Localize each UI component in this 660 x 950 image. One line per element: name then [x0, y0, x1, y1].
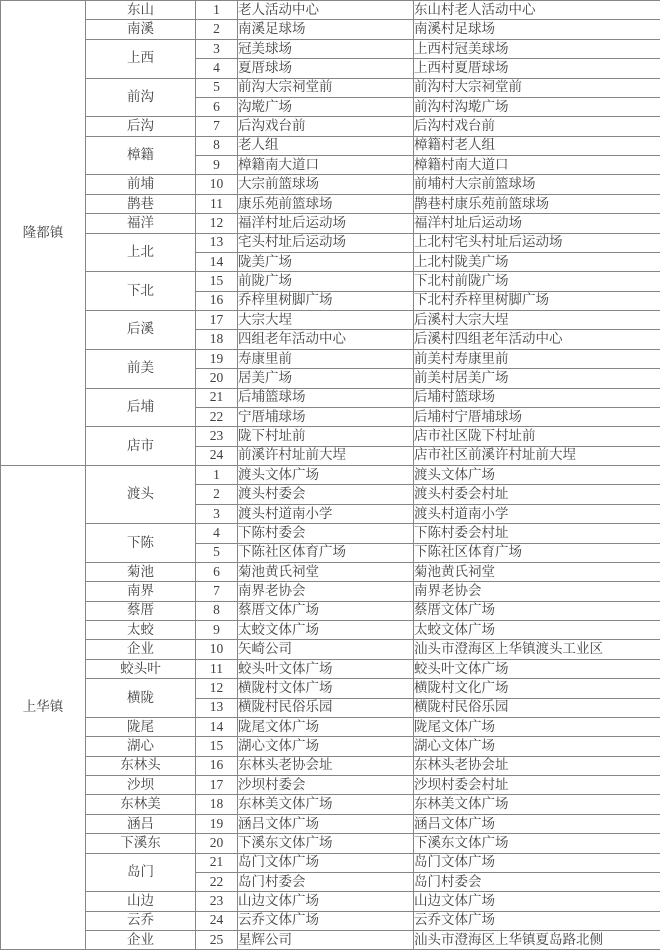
site-name-cell: 寿康里前 — [238, 349, 414, 368]
village-cell: 后埔 — [86, 388, 196, 427]
table-row: 东林美18东林美文体广场东林美文体广场 — [1, 795, 660, 814]
site-fullname-cell: 后溪村四组老年活动中心 — [414, 330, 660, 349]
site-fullname-cell: 东林头老协会址 — [414, 756, 660, 775]
site-name-cell: 太蛟文体广场 — [238, 621, 414, 640]
site-fullname-cell: 后埔村宁厝埔球场 — [414, 407, 660, 426]
table-row: 云乔24云乔文体广场云乔文体广场 — [1, 911, 660, 930]
table-row: 前沟5前沟大宗祠堂前前沟村大宗祠堂前 — [1, 78, 660, 97]
serial-number-cell: 6 — [196, 97, 238, 116]
village-cell: 后沟 — [86, 117, 196, 136]
serial-number-cell: 19 — [196, 349, 238, 368]
site-fullname-cell: 涵吕文体广场 — [414, 814, 660, 833]
site-name-cell: 樟籍南大道口 — [238, 156, 414, 175]
site-fullname-cell: 陇尾文体广场 — [414, 717, 660, 736]
village-cell: 菊池 — [86, 562, 196, 581]
table-row: 下北15前陇广场下北村前陇广场 — [1, 272, 660, 291]
serial-number-cell: 7 — [196, 117, 238, 136]
venues-table: 隆都镇东山1老人活动中心东山村老人活动中心南溪2南溪足球场南溪村足球场上西3冠美… — [0, 0, 660, 950]
village-cell: 东林头 — [86, 756, 196, 775]
table-row: 上西3冠美球场上西村冠美球场 — [1, 39, 660, 58]
site-fullname-cell: 蔡厝文体广场 — [414, 601, 660, 620]
village-cell: 渡头 — [86, 466, 196, 524]
table-row: 后沟7后沟戏台前后沟村戏台前 — [1, 117, 660, 136]
table-row: 陇尾14陇尾文体广场陇尾文体广场 — [1, 717, 660, 736]
site-fullname-cell: 后沟村戏台前 — [414, 117, 660, 136]
site-fullname-cell: 前美村寿康里前 — [414, 349, 660, 368]
serial-number-cell: 4 — [196, 524, 238, 543]
table-row: 后埔21后埔篮球场后埔村篮球场 — [1, 388, 660, 407]
serial-number-cell: 14 — [196, 252, 238, 271]
table-row: 前美19寿康里前前美村寿康里前 — [1, 349, 660, 368]
site-fullname-cell: 沙坝村委会村址 — [414, 776, 660, 795]
serial-number-cell: 12 — [196, 214, 238, 233]
site-fullname-cell: 下北村乔梓里树脚广场 — [414, 291, 660, 310]
site-name-cell: 星辉公司 — [238, 931, 414, 950]
serial-number-cell: 18 — [196, 795, 238, 814]
table-row: 东林头16东林头老协会址东林头老协会址 — [1, 756, 660, 775]
site-fullname-cell: 下溪东文体广场 — [414, 834, 660, 853]
site-fullname-cell: 横陇村文化广场 — [414, 679, 660, 698]
serial-number-cell: 5 — [196, 78, 238, 97]
serial-number-cell: 10 — [196, 175, 238, 194]
table-row: 店市23陇下村址前店市社区陇下村址前 — [1, 427, 660, 446]
village-cell: 前埔 — [86, 175, 196, 194]
serial-number-cell: 1 — [196, 466, 238, 485]
serial-number-cell: 1 — [196, 1, 238, 20]
serial-number-cell: 25 — [196, 931, 238, 950]
site-name-cell: 康乐苑前篮球场 — [238, 194, 414, 213]
site-fullname-cell: 南界老协会 — [414, 582, 660, 601]
table-row: 蔡厝8蔡厝文体广场蔡厝文体广场 — [1, 601, 660, 620]
serial-number-cell: 16 — [196, 756, 238, 775]
village-cell: 沙坝 — [86, 776, 196, 795]
serial-number-cell: 4 — [196, 59, 238, 78]
site-name-cell: 宁厝埔球场 — [238, 407, 414, 426]
site-name-cell: 后埔篮球场 — [238, 388, 414, 407]
site-fullname-cell: 汕头市澄海区上华镇渡头工业区 — [414, 640, 660, 659]
site-name-cell: 福洋村址后运动场 — [238, 214, 414, 233]
site-name-cell: 乔梓里树脚广场 — [238, 291, 414, 310]
site-name-cell: 冠美球场 — [238, 39, 414, 58]
village-cell: 店市 — [86, 427, 196, 466]
site-fullname-cell: 福洋村址后运动场 — [414, 214, 660, 233]
site-name-cell: 山边文体广场 — [238, 892, 414, 911]
site-fullname-cell: 上西村冠美球场 — [414, 39, 660, 58]
table-row: 菊池6菊池黄氏祠堂菊池黄氏祠堂 — [1, 562, 660, 581]
serial-number-cell: 12 — [196, 679, 238, 698]
site-name-cell: 前沟大宗祠堂前 — [238, 78, 414, 97]
table-row: 樟籍8老人组樟籍村老人组 — [1, 136, 660, 155]
site-fullname-cell: 前埔村大宗前篮球场 — [414, 175, 660, 194]
village-cell: 涵吕 — [86, 814, 196, 833]
site-name-cell: 岛门村委会 — [238, 872, 414, 891]
serial-number-cell: 2 — [196, 20, 238, 39]
site-fullname-cell: 樟籍村老人组 — [414, 136, 660, 155]
town-cell: 上华镇 — [1, 466, 86, 950]
village-cell: 横陇 — [86, 679, 196, 718]
site-name-cell: 前陇广场 — [238, 272, 414, 291]
site-fullname-cell: 樟籍村南大道口 — [414, 156, 660, 175]
serial-number-cell: 9 — [196, 156, 238, 175]
table-row: 下溪东20下溪东文体广场下溪东文体广场 — [1, 834, 660, 853]
site-fullname-cell: 云乔文体广场 — [414, 911, 660, 930]
site-name-cell: 后沟戏台前 — [238, 117, 414, 136]
site-name-cell: 陇下村址前 — [238, 427, 414, 446]
table-row: 后溪17大宗大埕后溪村大宗大埕 — [1, 311, 660, 330]
table-row: 岛门21岛门文体广场岛门文体广场 — [1, 853, 660, 872]
site-fullname-cell: 下陈村委会村址 — [414, 524, 660, 543]
table-row: 湖心15湖心文体广场湖心文体广场 — [1, 737, 660, 756]
serial-number-cell: 6 — [196, 562, 238, 581]
village-cell: 上北 — [86, 233, 196, 272]
serial-number-cell: 16 — [196, 291, 238, 310]
table-row: 企业10矢崎公司汕头市澄海区上华镇渡头工业区 — [1, 640, 660, 659]
site-name-cell: 蔡厝文体广场 — [238, 601, 414, 620]
village-cell: 前美 — [86, 349, 196, 388]
site-fullname-cell: 店市社区陇下村址前 — [414, 427, 660, 446]
site-fullname-cell: 南溪村足球场 — [414, 20, 660, 39]
village-cell: 湖心 — [86, 737, 196, 756]
site-fullname-cell: 前沟村沟墘广场 — [414, 97, 660, 116]
serial-number-cell: 8 — [196, 601, 238, 620]
site-name-cell: 菊池黄氏祠堂 — [238, 562, 414, 581]
site-name-cell: 南界老协会 — [238, 582, 414, 601]
site-fullname-cell: 菊池黄氏祠堂 — [414, 562, 660, 581]
serial-number-cell: 2 — [196, 485, 238, 504]
site-fullname-cell: 下北村前陇广场 — [414, 272, 660, 291]
site-fullname-cell: 横陇村民俗乐园 — [414, 698, 660, 717]
serial-number-cell: 21 — [196, 853, 238, 872]
town-cell: 隆都镇 — [1, 1, 86, 466]
village-cell: 云乔 — [86, 911, 196, 930]
serial-number-cell: 8 — [196, 136, 238, 155]
site-name-cell: 大宗大埕 — [238, 311, 414, 330]
serial-number-cell: 15 — [196, 737, 238, 756]
site-name-cell: 岛门文体广场 — [238, 853, 414, 872]
village-cell: 岛门 — [86, 853, 196, 892]
site-fullname-cell: 下陈社区体育广场 — [414, 543, 660, 562]
site-name-cell: 前溪许村址前大埕 — [238, 446, 414, 465]
site-name-cell: 横陇村民俗乐园 — [238, 698, 414, 717]
serial-number-cell: 13 — [196, 698, 238, 717]
table-row: 鹊巷11康乐苑前篮球场鹊巷村康乐苑前篮球场 — [1, 194, 660, 213]
site-name-cell: 居美广场 — [238, 369, 414, 388]
village-cell: 东山 — [86, 1, 196, 20]
table-row: 福洋12福洋村址后运动场福洋村址后运动场 — [1, 214, 660, 233]
site-name-cell: 老人组 — [238, 136, 414, 155]
site-name-cell: 宅头村址后运动场 — [238, 233, 414, 252]
table-row: 南界7南界老协会南界老协会 — [1, 582, 660, 601]
site-name-cell: 云乔文体广场 — [238, 911, 414, 930]
site-name-cell: 下陈社区体育广场 — [238, 543, 414, 562]
site-fullname-cell: 渡头村委会村址 — [414, 485, 660, 504]
serial-number-cell: 21 — [196, 388, 238, 407]
table-row: 南溪2南溪足球场南溪村足球场 — [1, 20, 660, 39]
table-row: 太蛟9太蛟文体广场太蛟文体广场 — [1, 621, 660, 640]
site-fullname-cell: 店市社区前溪许村址前大埕 — [414, 446, 660, 465]
venues-table-body: 隆都镇东山1老人活动中心东山村老人活动中心南溪2南溪足球场南溪村足球场上西3冠美… — [1, 1, 660, 950]
site-fullname-cell: 渡头村道南小学 — [414, 504, 660, 523]
site-name-cell: 东林美文体广场 — [238, 795, 414, 814]
village-cell: 前沟 — [86, 78, 196, 117]
table-row: 山边23山边文体广场山边文体广场 — [1, 892, 660, 911]
site-fullname-cell: 岛门村委会 — [414, 872, 660, 891]
serial-number-cell: 23 — [196, 427, 238, 446]
site-fullname-cell: 山边文体广场 — [414, 892, 660, 911]
site-fullname-cell: 岛门文体广场 — [414, 853, 660, 872]
serial-number-cell: 24 — [196, 446, 238, 465]
village-cell: 企业 — [86, 931, 196, 950]
village-cell: 樟籍 — [86, 136, 196, 175]
serial-number-cell: 15 — [196, 272, 238, 291]
site-name-cell: 矢崎公司 — [238, 640, 414, 659]
village-cell: 上西 — [86, 39, 196, 78]
serial-number-cell: 24 — [196, 911, 238, 930]
village-cell: 东林美 — [86, 795, 196, 814]
village-cell: 企业 — [86, 640, 196, 659]
village-cell: 山边 — [86, 892, 196, 911]
table-row: 下陈4下陈村委会下陈村委会村址 — [1, 524, 660, 543]
table-row: 横陇12横陇村文体广场横陇村文化广场 — [1, 679, 660, 698]
serial-number-cell: 14 — [196, 717, 238, 736]
serial-number-cell: 22 — [196, 407, 238, 426]
site-fullname-cell: 后溪村大宗大埕 — [414, 311, 660, 330]
village-cell: 南溪 — [86, 20, 196, 39]
table-row: 上北13宅头村址后运动场上北村宅头村址后运动场 — [1, 233, 660, 252]
table-row: 企业25星辉公司汕头市澄海区上华镇夏岛路北侧 — [1, 931, 660, 950]
site-name-cell: 四组老年活动中心 — [238, 330, 414, 349]
site-fullname-cell: 渡头文体广场 — [414, 466, 660, 485]
site-fullname-cell: 上北村宅头村址后运动场 — [414, 233, 660, 252]
table-row: 前埔10大宗前篮球场前埔村大宗前篮球场 — [1, 175, 660, 194]
serial-number-cell: 7 — [196, 582, 238, 601]
site-fullname-cell: 湖心文体广场 — [414, 737, 660, 756]
site-name-cell: 东林头老协会址 — [238, 756, 414, 775]
site-fullname-cell: 汕头市澄海区上华镇夏岛路北侧 — [414, 931, 660, 950]
site-fullname-cell: 上北村陇美广场 — [414, 252, 660, 271]
serial-number-cell: 23 — [196, 892, 238, 911]
serial-number-cell: 10 — [196, 640, 238, 659]
site-name-cell: 陇美广场 — [238, 252, 414, 271]
site-fullname-cell: 上西村夏厝球场 — [414, 59, 660, 78]
site-name-cell: 下溪东文体广场 — [238, 834, 414, 853]
site-fullname-cell: 东山村老人活动中心 — [414, 1, 660, 20]
village-cell: 蔡厝 — [86, 601, 196, 620]
table-row: 上华镇渡头1渡头文体广场渡头文体广场 — [1, 466, 660, 485]
site-name-cell: 沟墘广场 — [238, 97, 414, 116]
site-name-cell: 横陇村文体广场 — [238, 679, 414, 698]
table-row: 隆都镇东山1老人活动中心东山村老人活动中心 — [1, 1, 660, 20]
village-cell: 蛟头叶 — [86, 659, 196, 678]
site-name-cell: 老人活动中心 — [238, 1, 414, 20]
site-fullname-cell: 太蛟文体广场 — [414, 621, 660, 640]
table-row: 涵吕19涵吕文体广场涵吕文体广场 — [1, 814, 660, 833]
village-cell: 南界 — [86, 582, 196, 601]
serial-number-cell: 22 — [196, 872, 238, 891]
village-cell: 下北 — [86, 272, 196, 311]
site-name-cell: 湖心文体广场 — [238, 737, 414, 756]
serial-number-cell: 18 — [196, 330, 238, 349]
site-name-cell: 大宗前篮球场 — [238, 175, 414, 194]
village-cell: 陇尾 — [86, 717, 196, 736]
serial-number-cell: 5 — [196, 543, 238, 562]
village-cell: 鹊巷 — [86, 194, 196, 213]
table-row: 沙坝17沙坝村委会沙坝村委会村址 — [1, 776, 660, 795]
serial-number-cell: 3 — [196, 504, 238, 523]
site-name-cell: 渡头村道南小学 — [238, 504, 414, 523]
site-fullname-cell: 前美村居美广场 — [414, 369, 660, 388]
village-cell: 太蛟 — [86, 621, 196, 640]
serial-number-cell: 11 — [196, 659, 238, 678]
site-fullname-cell: 蛟头叶文体广场 — [414, 659, 660, 678]
site-name-cell: 夏厝球场 — [238, 59, 414, 78]
serial-number-cell: 17 — [196, 776, 238, 795]
serial-number-cell: 17 — [196, 311, 238, 330]
site-name-cell: 下陈村委会 — [238, 524, 414, 543]
table-row: 蛟头叶11蛟头叶文体广场蛟头叶文体广场 — [1, 659, 660, 678]
serial-number-cell: 19 — [196, 814, 238, 833]
village-cell: 下陈 — [86, 524, 196, 563]
site-name-cell: 渡头村委会 — [238, 485, 414, 504]
site-name-cell: 沙坝村委会 — [238, 776, 414, 795]
site-fullname-cell: 前沟村大宗祠堂前 — [414, 78, 660, 97]
serial-number-cell: 3 — [196, 39, 238, 58]
serial-number-cell: 9 — [196, 621, 238, 640]
village-cell: 福洋 — [86, 214, 196, 233]
serial-number-cell: 20 — [196, 834, 238, 853]
site-name-cell: 蛟头叶文体广场 — [238, 659, 414, 678]
site-fullname-cell: 东林美文体广场 — [414, 795, 660, 814]
site-fullname-cell: 鹊巷村康乐苑前篮球场 — [414, 194, 660, 213]
serial-number-cell: 13 — [196, 233, 238, 252]
site-fullname-cell: 后埔村篮球场 — [414, 388, 660, 407]
village-cell: 下溪东 — [86, 834, 196, 853]
village-cell: 后溪 — [86, 311, 196, 350]
site-name-cell: 涵吕文体广场 — [238, 814, 414, 833]
site-name-cell: 南溪足球场 — [238, 20, 414, 39]
serial-number-cell: 20 — [196, 369, 238, 388]
site-name-cell: 渡头文体广场 — [238, 466, 414, 485]
serial-number-cell: 11 — [196, 194, 238, 213]
site-name-cell: 陇尾文体广场 — [238, 717, 414, 736]
